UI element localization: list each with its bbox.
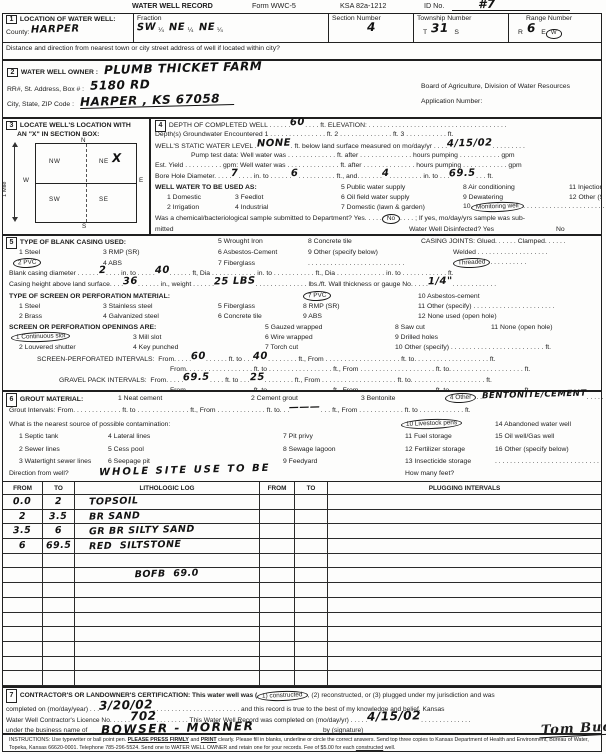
litho-cell [328,642,601,657]
litho-cell [43,583,75,598]
litho-cell [260,583,295,598]
pvc-circled: 2 PVC [13,257,42,268]
instructions-press-firmly: PLEASE PRESS FIRMLY [128,737,189,743]
option: 5 Cess pool [108,444,144,455]
instructions-text: and [189,737,201,743]
litho-cell [260,598,295,613]
casing-height-value: 36 [123,277,138,287]
static-level-label-2: . ft. below land surface measured on mo/… [291,143,447,150]
litho-cell [295,642,328,657]
litho-cell [3,657,43,672]
screen-from-value: 60 [191,351,206,361]
litho-cell [43,568,75,583]
litho-cell [3,627,43,642]
sample-no-circled: No [382,213,401,224]
casing-diameter-label: Blank casing diameter . . . . . . [9,270,99,277]
threaded-dots: . . . . . . . . . . [490,259,526,266]
well-id-value: #7 [478,0,496,10]
form-title: WATER WELL RECORD [132,1,213,10]
lithologic-log-table: FROMTOLITHOLOGIC LOGFROMTOPLUGGING INTER… [3,481,601,686]
quadrant-sw: SW [49,196,60,203]
elevation-label: . . . . ft. ELEVATION: . . . . . . . . .… [305,122,506,129]
city-value: HARPER , KS 67058 [80,92,234,109]
option: 1 Steel [19,248,40,257]
option: 3 Feedlot [235,193,263,202]
sample-question: Was a chemical/bacteriological sample su… [155,215,382,222]
litho-cell [295,524,328,539]
gauge-dots: . . . . . . . . . . . . [453,281,496,288]
bore-hole-label: Bore Hole Diameter. . . . . [155,173,231,180]
section-number-cell: Section Number 4 [329,14,414,42]
option: 10 Other (specify) . . . . . . . . . . .… [395,343,551,352]
section-4-depth: 4DEPTH OF COMPLETED WELL . . . . . .60. … [150,118,602,235]
bore-dots-2: . . . . . . . . . . ft., and. . . . . . … [299,173,382,180]
litho-header-cell: TO [43,482,75,495]
litho-cell [75,583,260,598]
litho-cell-value: 69.5 [46,541,72,551]
owner-value: PLUMB THICKET FARM [104,60,263,76]
instructions-constructed: constructed [356,745,383,751]
litho-cell [43,657,75,672]
option: 5 Public water supply [341,183,405,192]
litho-cell [295,627,328,642]
option: 9 ABS [303,312,322,321]
litho-cell [43,627,75,642]
static-level-label: WELL'S STATIC WATER LEVEL . [155,143,257,150]
litho-cell: 69.5 [43,539,75,554]
litho-cell [3,642,43,657]
section-number-value: 4 [366,21,375,33]
litho-cell: RED SILTSTONE [75,539,260,554]
litho-cell: 6 [43,524,75,539]
option: 1 Neat cement [118,393,162,405]
litho-cell [328,539,601,554]
litho-cell: 2 [3,510,43,525]
section-3-map: 3LOCATE WELL'S LOCATION WITH AN "X" IN S… [2,118,150,235]
gravel-to-value: 25 [250,372,265,382]
litho-cell-value: 3.5 [49,511,68,521]
quarter-glyph: ¼ [158,27,164,34]
option: 8 Saw cut [395,323,425,332]
litho-cell [3,568,43,583]
option: 12 Other (Specify below) [569,193,601,202]
option: 1 Steel [19,302,40,311]
litho-cell: 2 [43,495,75,510]
range-cell: Range Number R 6 EW [509,14,601,42]
section-box-vline [86,144,87,222]
bore-depth-2: 69.5 [449,169,476,180]
fraction-1-value: SW [137,23,156,34]
litho-cell [75,613,260,628]
litho-cell [3,554,43,569]
range-value: 6 [527,22,536,34]
est-yield-line: Est. Yield . . . . . . . . . . gpm: Well… [151,161,601,171]
township-s: S [454,29,459,36]
option: 15 Oil well/Gas well [495,431,554,442]
litho-cell [295,613,328,628]
litho-cell [43,642,75,657]
screen-intervals-label: SCREEN-PERFORATED INTERVALS: [37,356,154,363]
option: 8 Air conditioning [463,183,515,192]
litho-header-cell: FROM [260,482,295,495]
range-label: Range Number [512,15,572,22]
to-dots: . . . . . . ft. to . . . [206,356,253,363]
option: 5 Gauzed wrapped [265,323,322,332]
litho-cell [3,613,43,628]
option: 2 Brass [19,312,42,321]
litho-cell [75,627,260,642]
section-2-owner: 2WATER WELL OWNER : PLUMB THICKET FARM R… [2,60,602,118]
instructions-text: INSTRUCTIONS: Use typewriter or ball poi… [9,737,128,743]
litho-cell [260,539,295,554]
litho-cell [328,510,601,525]
location-row: 1LOCATION OF WATER WELL: County: HARPER … [3,14,601,43]
litho-cell [260,568,295,583]
county-value: HARPER [31,24,80,35]
section-6-grout: 6GROUT MATERIAL: 1 Neat cement 2 Cement … [2,391,602,687]
litho-cell-value: 2 [55,497,62,507]
litho-cell [260,671,295,686]
litho-cell [260,613,295,628]
litho-cell-value: 6 [55,526,62,536]
grout-intervals-label: Grout Intervals: From. . . . . . . . . .… [9,407,289,414]
option: 2 Sewer lines [19,444,60,455]
option: 8 Concrete tile [308,237,352,247]
litho-cell [3,671,43,686]
use-label: WELL WATER TO BE USED AS: [155,183,257,192]
gauge-value: 1/4" [428,277,453,288]
section-3-number: 3 [6,121,17,130]
disinfected-no: No [556,225,565,234]
screen-pvc-circled: 7 PVC [303,290,332,301]
board-of-agriculture-text: Board of Agriculture, Division of Water … [421,83,570,90]
range-w-circled: W [546,29,562,39]
litho-cell [295,495,328,510]
disinfected-label: Water Well Disinfected? Yes [409,225,494,234]
option: 12 Fertilizer storage [405,444,465,455]
option: 6 Asbestos-Cement [218,248,277,257]
litho-cell [295,657,328,672]
water-well-record-form: WATER WELL RECORD Form WWC-5 KSA 82a-121… [0,0,606,754]
owner-label: WATER WELL OWNER : [21,69,98,76]
bore-diameter-2: 4 [382,169,390,179]
id-underline [452,10,570,11]
measured-date-value: 4/15/02 [447,138,493,149]
quadrant-se: SE [99,196,108,203]
grout-title: GROUT MATERIAL: [20,396,83,403]
option: 7 Torch cut [265,343,298,352]
casing-height-label: Casing height above land surface. . . . [9,281,123,288]
section-1-title: LOCATION OF WATER WELL: [20,16,116,23]
litho-cell [260,495,295,510]
litho-cell [260,510,295,525]
litho-cell [328,671,601,686]
fraction-cell: Fraction SW ¼ NE ¼ NE ¼ [134,14,329,42]
township-t: T [423,29,427,36]
option: 4 Lateral lines [108,431,150,442]
gauge-label: . . . . . . . . . . . . . . lbs./ft. Wal… [256,281,428,288]
livestock-pens-circled: 10 Livestock pens [401,418,462,430]
quarter-glyph: ¼ [217,27,223,34]
option: 8 Sewage lagoon [283,444,336,455]
statute: KSA 82a-1212 [340,1,386,10]
litho-cell [75,671,260,686]
litho-cell [3,583,43,598]
depth-label: DEPTH OF COMPLETED WELL . . . . . . [169,122,290,129]
litho-header-cell: PLUGGING INTERVALS [328,482,601,495]
city-label: City, State, ZIP Code : [7,101,74,108]
casing-joints-label: CASING JOINTS: Glued. . . . . . Clamped.… [421,237,566,247]
litho-cell-value: RED SILTSTONE [89,540,182,552]
casing-depth-value: 40 [155,266,170,276]
openings-title: SCREEN OR PERFORATION OPENINGS ARE: [9,323,156,332]
litho-cell-value: BOFB 69.0 [89,569,199,581]
litho-header-cell: TO [295,482,328,495]
compass-w: W [23,177,29,184]
litho-cell-value: 6 [19,541,26,551]
litho-cell [3,598,43,613]
licence-value: 702 [130,710,157,723]
section-1-number: 1 [6,15,17,24]
depth-value: 60 [290,118,305,128]
litho-cell: 3.5 [3,524,43,539]
option: 11 Injection well [569,183,601,192]
litho-cell [328,657,601,672]
option: 11 Other (specify) . . . . . . . . . . .… [418,302,555,311]
bore-dots-1: . . . . in. to . . . . . . [239,173,292,180]
bore-depth-1: 6 [291,169,299,179]
option: 3 RMP (SR) [103,248,140,257]
grout-material-value: BENTONITE/CEMENT [482,390,587,401]
application-number-label: Application Number: [421,98,482,105]
interval-dots: . . . . . . . . ft., From . . . . . . . … [265,377,492,384]
direction-label: Direction from well? [9,468,69,480]
section-7-certification: 7CONTRACTOR'S OR LANDOWNER'S CERTIFICATI… [2,687,602,734]
location-title-cell: 1LOCATION OF WATER WELL: County: HARPER [3,14,134,42]
screen-to-value: 40 [253,351,268,361]
weight-value: 25 LBS [214,277,256,288]
litho-cell: BOFB 69.0 [75,568,260,583]
litho-cell [260,642,295,657]
litho-cell [75,554,260,569]
option: 2 Louvered shutter [19,343,76,352]
litho-header-cell: FROM [3,482,43,495]
bore-dots-3: . . . . . . . . . in. to . . . [389,173,449,180]
option: 5 Wrought Iron [218,237,263,247]
option: 12 None used (open hole) [418,312,497,321]
section-box: NW NE SW SE X [35,143,137,223]
option-dots: . . . . . . . . . . . . . . . . . . . . … [495,456,599,467]
one-mile-arrow [14,147,15,217]
weight-label: . . . . . . in., weight . . . . . . [138,281,214,288]
option: 9 Dewatering [463,193,503,202]
direction-value: WHOLE SITE USE TO BE [99,464,271,478]
option: 3 Watertight sewer lines [19,456,91,467]
litho-cell [295,671,328,686]
address-value: 5180 RD [90,78,151,92]
gravel-from-value: 69.5 [183,372,210,383]
distance-question: Distance and direction from nearest town… [3,43,601,54]
range-r: R [518,29,523,36]
township-cell: Township Number T 31 S [414,14,509,42]
to-dots: . . . . ft. to . . . [210,377,250,384]
litho-cell: 3.5 [43,510,75,525]
pump-test-line: Pump test data: Well water was . . . . .… [151,151,601,161]
bore-dots-4: . . . ft. [476,173,493,180]
litho-header-cell: LITHOLOGIC LOG [75,482,260,495]
instructions-text: well. [383,745,395,751]
litho-cell [260,524,295,539]
fraction-3-value: NE [199,23,215,33]
litho-cell [295,568,328,583]
instructions-print: PRINT [201,737,217,743]
fraction-2-value: NE [169,23,185,33]
litho-cell: BR SAND [75,510,260,525]
litho-cell-value: 0.0 [13,497,32,507]
litho-cell [43,613,75,628]
from-dots: From. . . . . [158,356,191,363]
section-2-number: 2 [7,68,18,77]
quadrant-ne: NE [99,158,109,165]
compass-s: S [82,223,87,230]
litho-cell [75,657,260,672]
sample-question-2: . . . . ; If yes, mo/day/yrs sample was … [400,215,525,222]
option: 6 Oil field water supply [341,193,409,202]
record-date-value: 4/15/02 [367,709,421,722]
quadrant-nw: NW [49,158,61,165]
grout-dots-2: . . . . . . . . . [587,394,606,401]
form-number: Form WWC-5 [252,1,296,10]
litho-cell [328,613,601,628]
option: 8 RMP (SR) [303,302,340,311]
litho-cell [328,495,601,510]
section-1-location: 1LOCATION OF WATER WELL: County: HARPER … [2,13,602,60]
well-x-mark: X [112,152,122,164]
how-many-feet-label: How many feet? [405,468,454,480]
one-mile-label: 1 Mile [2,182,8,197]
litho-cell [295,510,328,525]
litho-cell: GR BR SILTY SAND [75,524,260,539]
litho-cell [260,554,295,569]
grout-dash-mark: ——— [289,403,321,414]
continuous-slot-circled: 1 Continuous slot [11,331,71,343]
option: 1 Septic tank [19,431,58,442]
option: 3 Bentonite [361,393,395,405]
static-level-value: NONE [257,138,291,149]
litho-cell [75,642,260,657]
option: 13 Insecticide storage [405,456,471,467]
litho-cell [328,554,601,569]
quarter-glyph: ¼ [188,27,194,34]
litho-cell [328,524,601,539]
welded-label: Welded . . . . . . . . . . . . . . . . .… [453,248,548,257]
gravel-pack-label: GRAVEL PACK INTERVALS: [59,377,147,384]
diam-dots-2: . . . . . . ft, Dia . . . . . . . . . . … [170,270,454,277]
litho-cell-value: GR BR SILTY SAND [89,525,195,537]
litho-cell [43,671,75,686]
litho-cell [260,657,295,672]
instructions-footer: INSTRUCTIONS: Use typewriter or ball poi… [2,734,602,752]
grout-other-circled: 4 Other [445,392,477,403]
monitoring-well-circled: Monitoring well [470,201,523,213]
interval-blank-row: From. . . . . . . . . . . . . . . . . . … [170,365,530,374]
litho-cell [295,583,328,598]
casing-diameter-value: 2 [98,266,106,276]
option: 1 Domestic [167,193,201,202]
option: 4 Galvanized steel [103,312,159,321]
interval-dots: . . . . . . . . ft., From . . . . . . . … [268,356,495,363]
litho-cell: TOPSOIL [75,495,260,510]
form-header: WATER WELL RECORD Form WWC-5 KSA 82a-121… [0,0,606,13]
litho-cell [295,598,328,613]
litho-cell [328,568,601,583]
litho-cell: 0.0 [3,495,43,510]
option: 4 Key punched [133,343,178,352]
option: 16 Other (specify below) [495,444,569,455]
option: 9 Other (specify below) [308,248,378,257]
option: 11 Fuel storage [405,431,452,442]
grout-intervals-label-2: . . . ft., From . . . . . . . . . . . . … [321,407,471,414]
option: 11 None (open hole) [491,323,552,332]
option: 5 Fiberglass [218,302,255,311]
option-dots: . . . . . . . . . . . . . . . . . . . . … [523,203,606,210]
compass-e: E [139,177,144,184]
litho-cell [295,539,328,554]
section-5-casing: 5TYPE OF BLANK CASING USED: 5 Wrought Ir… [2,235,602,391]
county-label: County: [6,29,29,36]
option: 9 Feedyard [283,456,317,467]
option: 3 Stainless steel [103,302,153,311]
litho-cell [43,554,75,569]
litho-cell-value: 3.5 [13,526,32,536]
address-label: RR#, St. Address, Box # : [7,86,84,93]
litho-cell [43,598,75,613]
casing-title: TYPE OF BLANK CASING USED: [20,239,126,246]
static-level-dots: . . . . . . . . . [493,143,525,150]
litho-cell-value: TOPSOIL [89,496,139,507]
section-3-title-1: LOCATE WELL'S LOCATION WITH [20,122,131,129]
litho-cell: 6 [3,539,43,554]
certification-text-2: , (2) reconstructed, or (3) plugged unde… [308,692,495,699]
groundwater-line: Depth(s) Groundwater Encountered 1 . . .… [151,130,601,140]
option: 7 Pit privy [283,431,313,442]
litho-cell [328,598,601,613]
option-10-prefix: 10 [463,203,471,210]
litho-cell-value: BR SAND [89,511,141,522]
litho-cell [328,627,601,642]
litho-cell [75,598,260,613]
litho-cell [260,627,295,642]
bore-diameter-1: 7 [231,169,239,179]
litho-cell [328,583,601,598]
threaded-circled: Threaded [453,257,491,268]
township-value: 31 [431,22,449,34]
option: 6 Concrete tile [218,312,262,321]
litho-cell-value: 2 [19,512,26,522]
id-label: ID No. [424,1,444,10]
sample-question-cont: mitted [155,225,174,234]
section-3-title-2: AN "X" IN SECTION BOX: [17,131,99,138]
litho-cell [295,554,328,569]
from-dots: From. . . . . [150,377,183,384]
